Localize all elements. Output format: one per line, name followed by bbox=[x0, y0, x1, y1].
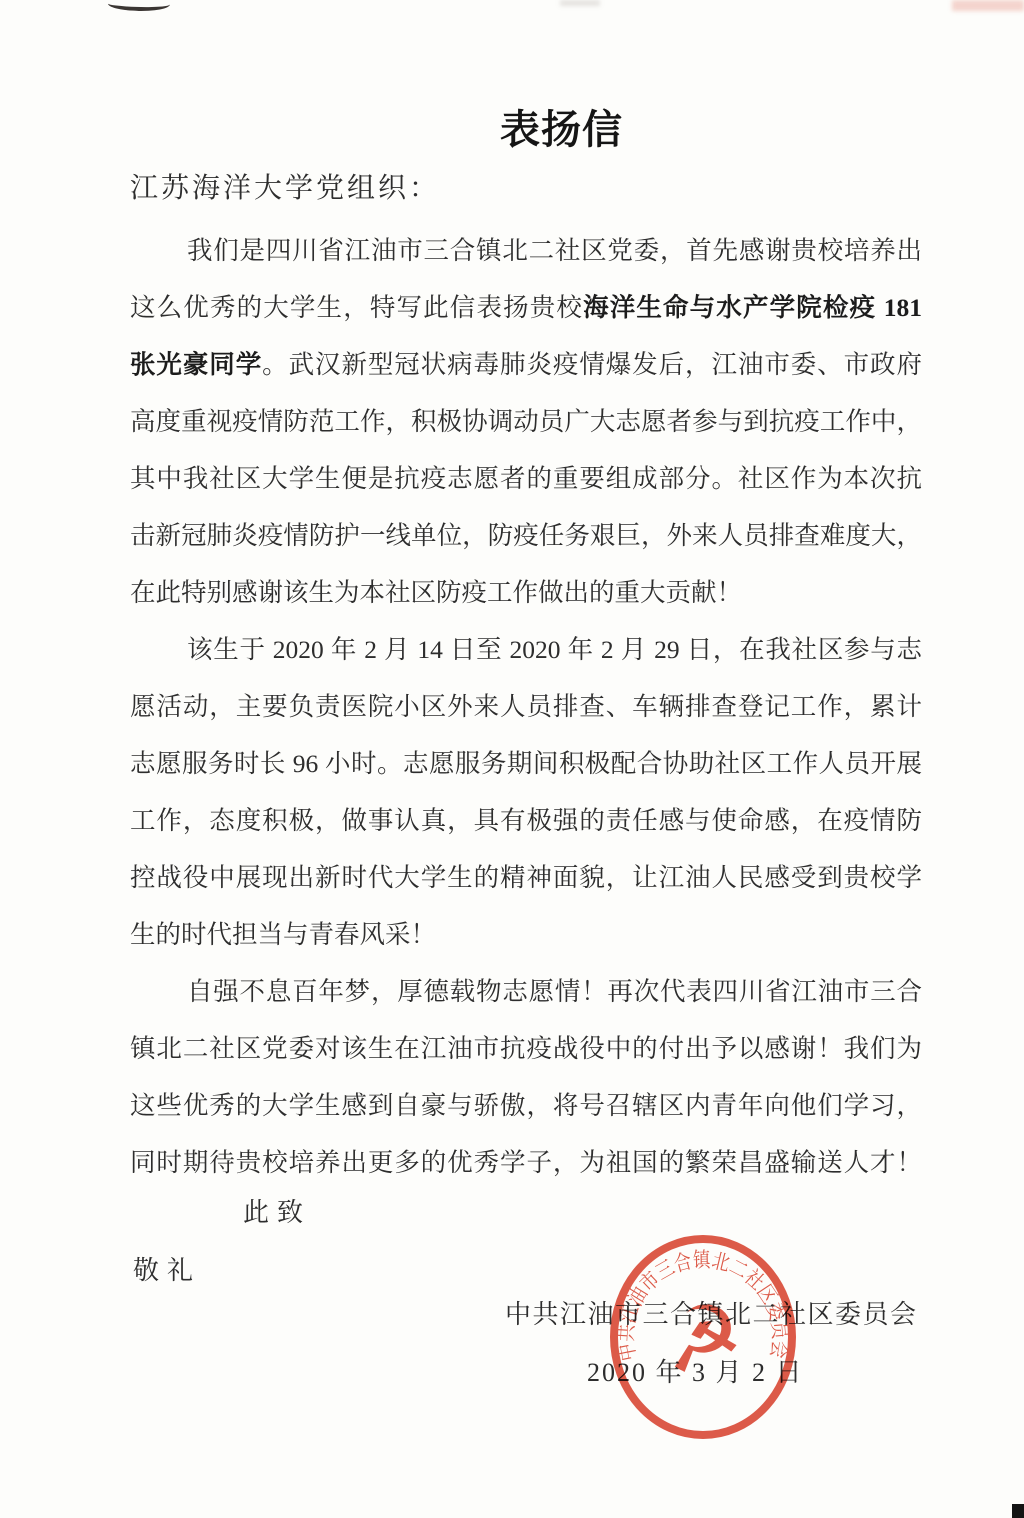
body-line: 击新冠肺炎疫情防护一线单位，防疫任务艰巨，外来人员排查难度大， bbox=[130, 507, 922, 564]
body-run: 生的时代担当与青春风采！ bbox=[130, 920, 436, 949]
seal-ring bbox=[614, 1239, 792, 1435]
body-run: 。武汉新型冠状病毒肺炎疫情爆发后，江油市委、市政府 bbox=[262, 350, 922, 379]
signature-line: 中共江油市三合镇北二社区委员会 bbox=[505, 1294, 918, 1331]
body-line: 愿活动，主要负责医院小区外来人员排查、车辆排查登记工作，累计 bbox=[130, 678, 922, 735]
body-run: 这么优秀的大学生，特写此信表扬贵校 bbox=[130, 293, 583, 322]
body-run: 控战役中展现出新时代大学生的精神面貌，让江油人民感受到贵校学 bbox=[130, 863, 922, 892]
body-run-bold: 张光豪同学 bbox=[130, 350, 262, 379]
letter-page: 表扬信 江苏海洋大学党组织： 我们是四川省江油市三合镇北二社区党委，首先感谢贵校… bbox=[0, 0, 1024, 1518]
closing-cizhi: 此致 bbox=[243, 1192, 311, 1229]
letter-body: 我们是四川省江油市三合镇北二社区党委，首先感谢贵校培养出这么优秀的大学生，特写此… bbox=[130, 222, 922, 1191]
salutation: 江苏海洋大学党组织： bbox=[130, 166, 440, 206]
scan-artifact-bottom-right bbox=[1012, 1504, 1024, 1518]
body-line: 该生于 2020 年 2 月 14 日至 2020 年 2 月 29 日，在我社… bbox=[130, 621, 922, 678]
body-run: 我们是四川省江油市三合镇北二社区党委，首先感谢贵校培养出 bbox=[187, 236, 922, 265]
body-run: 同时期待贵校培养出更多的优秀学子，为祖国的繁荣昌盛输送人才！ bbox=[130, 1148, 922, 1177]
body-line: 这么优秀的大学生，特写此信表扬贵校海洋生命与水产学院检疫 181 bbox=[130, 279, 922, 336]
scan-artifact-top-left bbox=[108, 0, 170, 12]
body-run: 其中我社区大学生便是抗疫志愿者的重要组成部分。社区作为本次抗 bbox=[130, 464, 922, 493]
letter-title: 表扬信 bbox=[500, 98, 623, 155]
body-line: 我们是四川省江油市三合镇北二社区党委，首先感谢贵校培养出 bbox=[130, 222, 922, 279]
body-line: 高度重视疫情防范工作，积极协调动员广大志愿者参与到抗疫工作中， bbox=[130, 393, 922, 450]
body-run: 志愿服务时长 96 小时。志愿服务期间积极配合协助社区工作人员开展 bbox=[130, 749, 922, 778]
closing-jingli: 敬礼 bbox=[133, 1250, 201, 1287]
body-run: 这些优秀的大学生感到自豪与骄傲，将号召辖区内青年向他们学习， bbox=[130, 1091, 922, 1120]
body-run: 工作，态度积极，做事认真，具有极强的责任感与使命感，在疫情防 bbox=[130, 806, 922, 835]
body-run: 击新冠肺炎疫情防护一线单位，防疫任务艰巨，外来人员排查难度大， bbox=[130, 521, 922, 550]
body-run: 在此特别感谢该生为本社区防疫工作做出的重大贡献！ bbox=[130, 578, 742, 607]
body-line: 同时期待贵校培养出更多的优秀学子，为祖国的繁荣昌盛输送人才！ bbox=[130, 1134, 922, 1191]
body-line: 生的时代担当与青春风采！ bbox=[130, 906, 922, 963]
body-line: 在此特别感谢该生为本社区防疫工作做出的重大贡献！ bbox=[130, 564, 922, 621]
body-line: 张光豪同学。武汉新型冠状病毒肺炎疫情爆发后，江油市委、市政府 bbox=[130, 336, 922, 393]
body-run: 该生于 2020 年 2 月 14 日至 2020 年 2 月 29 日，在我社… bbox=[187, 635, 922, 664]
body-line: 自强不息百年梦，厚德载物志愿情！再次代表四川省江油市三合 bbox=[130, 963, 922, 1020]
official-seal: 中共江油市三合镇北二社区委员会 ☭ bbox=[608, 1233, 798, 1441]
date-line: 2020 年 3 月 2 日 bbox=[587, 1352, 804, 1389]
body-line: 这些优秀的大学生感到自豪与骄傲，将号召辖区内青年向他们学习， bbox=[130, 1077, 922, 1134]
scan-artifact-top-right bbox=[952, 0, 1024, 11]
body-line: 镇北二社区党委对该生在江油市抗疫战役中的付出予以感谢！我们为 bbox=[130, 1020, 922, 1077]
body-run: 高度重视疫情防范工作，积极协调动员广大志愿者参与到抗疫工作中， bbox=[130, 407, 922, 436]
body-line: 志愿服务时长 96 小时。志愿服务期间积极配合协助社区工作人员开展 bbox=[130, 735, 922, 792]
body-run-bold: 海洋生命与水产学院检疫 181 bbox=[583, 293, 922, 322]
body-run: 愿活动，主要负责医院小区外来人员排查、车辆排查登记工作，累计 bbox=[130, 692, 922, 721]
body-run: 镇北二社区党委对该生在江油市抗疫战役中的付出予以感谢！我们为 bbox=[130, 1034, 922, 1063]
scan-artifact-top-middle bbox=[560, 0, 600, 6]
body-run: 自强不息百年梦，厚德载物志愿情！再次代表四川省江油市三合 bbox=[187, 977, 922, 1006]
body-line: 控战役中展现出新时代大学生的精神面貌，让江油人民感受到贵校学 bbox=[130, 849, 922, 906]
body-line: 其中我社区大学生便是抗疫志愿者的重要组成部分。社区作为本次抗 bbox=[130, 450, 922, 507]
body-line: 工作，态度积极，做事认真，具有极强的责任感与使命感，在疫情防 bbox=[130, 792, 922, 849]
